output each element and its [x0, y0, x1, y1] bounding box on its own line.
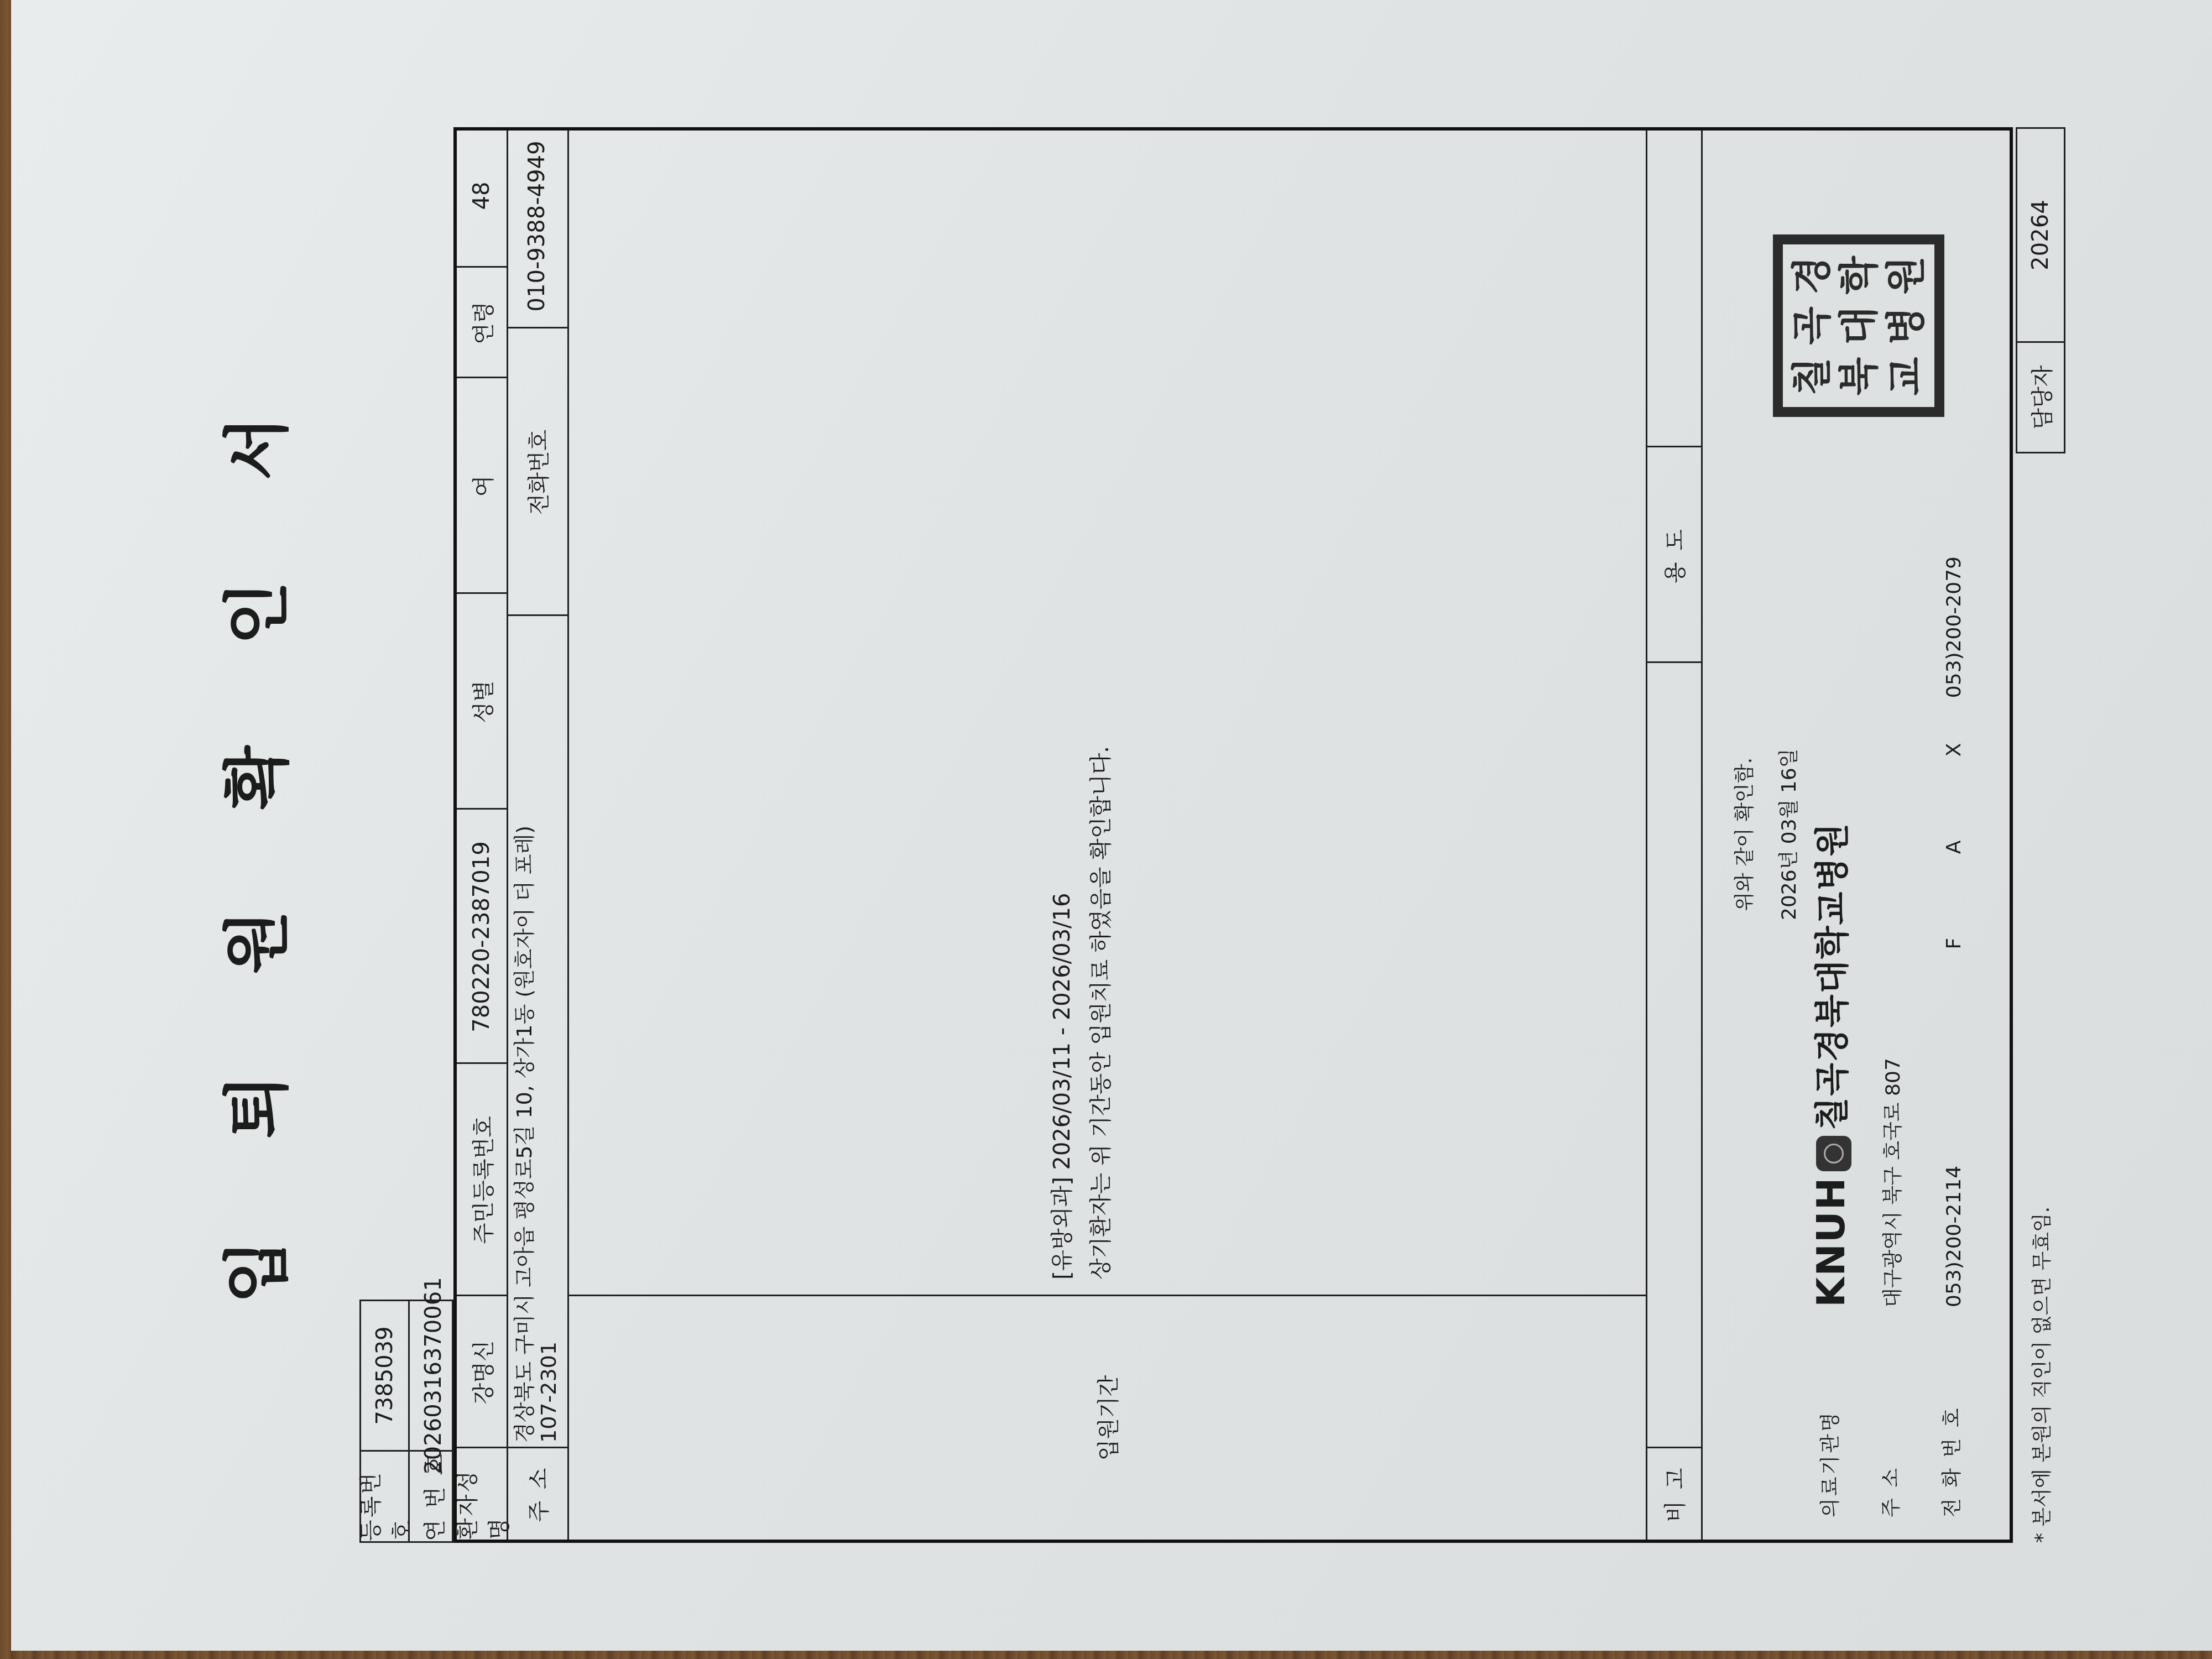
divider	[507, 327, 567, 328]
divider	[457, 1062, 507, 1064]
seal-char: 학	[1839, 256, 1879, 295]
admission-discharge-certificate: 입 퇴 원 확 인 서 등록번호 7385039 연 번 호 202603163…	[155, 77, 2212, 1604]
seal-char: 곡	[1792, 306, 1832, 345]
reg-no-row: 등록번호 7385039	[361, 1301, 408, 1541]
hospital-emblem-icon	[1816, 1136, 1851, 1171]
official-seal: 칠 곡 경 북 대 학 교 병 원	[1773, 234, 1944, 417]
seal-char: 북	[1839, 357, 1879, 396]
confirmation-text: 위와 같이 확인함.	[1723, 749, 1767, 920]
institution-phone-label: 전 화 번 호	[1922, 1406, 1983, 1517]
admission-statement: 상기환자는 위 기간동안 입원치료 하였음을 확인합니다.	[1082, 746, 1120, 1280]
seal-char: 원	[1886, 256, 1926, 295]
seal-char: 병	[1886, 306, 1926, 345]
address-label: 주 소	[507, 1448, 567, 1540]
document-title: 입 퇴 원 확 인 서	[205, 77, 300, 1604]
reg-no-value: 7385039	[361, 1301, 408, 1450]
admission-period: 2026/03/11 - 2026/03/16	[1050, 893, 1075, 1170]
patient-name-label: 환자성명	[457, 1448, 507, 1540]
sex-value: 여	[457, 378, 507, 594]
hospital-name: 칠곡경북대학교병원	[1812, 822, 1853, 1130]
divider	[507, 614, 567, 616]
knuh-logo-text: KNUH	[1808, 1177, 1854, 1307]
sex-label: 성별	[457, 594, 507, 810]
id-table: 등록번호 7385039 연 번 호 20260316370061	[359, 1300, 453, 1543]
rrn-value: 780220-2387019	[457, 810, 507, 1064]
patient-name: 강명신	[457, 1296, 507, 1448]
rrn-label: 주민등록번호	[457, 1064, 507, 1296]
divider	[457, 1295, 507, 1296]
validity-notice: * 본서에 본원의 직인이 없으면 무효임.	[2027, 1207, 2055, 1543]
admission-period-label: 입원기간	[567, 1296, 1646, 1540]
seal-char: 칠	[1792, 357, 1832, 396]
staff-id: 20264	[2017, 129, 2064, 341]
institution-address: 대구광역시 북구 호국로 807	[1863, 556, 1924, 1307]
admission-details: [유방외과] 2026/03/11 - 2026/03/16 상기환자는 위 기…	[1043, 746, 1120, 1280]
fax-number: 053)200-2079	[1943, 556, 1965, 698]
divider	[457, 808, 507, 810]
patient-address: 경상북도 구미시 고아읍 평성로5길 10, 상가1동 (원호자이 더 포레) …	[512, 624, 567, 1443]
age-value: 48	[457, 124, 507, 268]
main-table: 환자성명 강명신 주민등록번호 780220-2387019 성별 여 연령 4…	[453, 127, 2013, 1543]
divider	[457, 1447, 567, 1448]
staff-label: 담당자	[2017, 341, 2064, 452]
staff-box: 담당자 20264	[2016, 127, 2065, 453]
remarks-label: 비 고	[1646, 1448, 1701, 1540]
seal-char: 교	[1886, 357, 1926, 396]
institution-values: KNUH칠곡경북대학교병원 대구광역시 북구 호국로 807 053)200-2…	[1801, 556, 1985, 1307]
department: [유방외과]	[1050, 1177, 1075, 1280]
age-label: 연령	[457, 268, 507, 378]
phone-label: 전화번호	[507, 328, 567, 616]
remarks-value	[1646, 663, 1701, 1448]
divider	[457, 592, 507, 594]
institution-phone: 053)200-2114	[1943, 1166, 1965, 1307]
address-line-2: 107-2301	[536, 624, 561, 1443]
purpose-label: 용 도	[1646, 447, 1701, 663]
phone-value: 010-9388-4949	[507, 124, 567, 328]
reg-no-label: 등록번호	[361, 1450, 408, 1541]
divider	[567, 1295, 1646, 1296]
institution-address-label: 주 소	[1861, 1406, 1922, 1517]
seal-char: 경	[1792, 256, 1832, 295]
hospital-logo: KNUH칠곡경북대학교병원	[1801, 556, 1863, 1307]
divider	[457, 266, 507, 268]
divider	[457, 377, 507, 378]
confirmation-block: 위와 같이 확인함. 2026년 03월 16일	[1723, 749, 1812, 920]
seal-char: 대	[1839, 306, 1879, 345]
institution-phone-line: 053)200-2114 F A X 053)200-2079	[1924, 556, 1985, 1307]
serial-no-value: 20260316370061	[410, 1301, 457, 1450]
institution-name-label: 의료기관명	[1801, 1406, 1861, 1517]
address-line-1: 경상북도 구미시 고아읍 평성로5길 10, 상가1동 (원호자이 더 포레)	[512, 624, 536, 1443]
divider	[1701, 131, 1703, 1540]
institution-labels: 의료기관명 주 소 전 화 번 호	[1801, 1406, 1983, 1517]
divider	[507, 131, 508, 1540]
admission-period-line: [유방외과] 2026/03/11 - 2026/03/16	[1043, 746, 1082, 1280]
purpose-value	[1646, 124, 1701, 447]
serial-no-row: 연 번 호 20260316370061	[408, 1301, 457, 1541]
fax-label: F A X	[1943, 705, 1965, 950]
